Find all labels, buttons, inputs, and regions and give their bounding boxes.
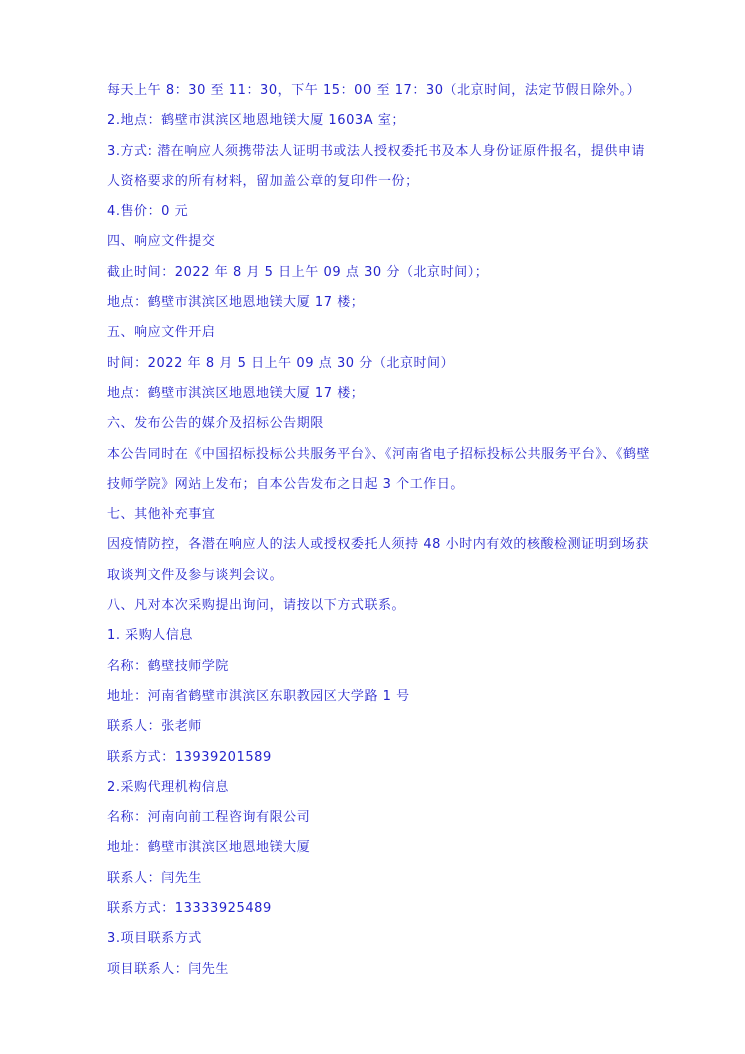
doc-section-heading: 六、发布公告的媒介及招标公告期限 — [107, 409, 652, 439]
doc-line: 人资格要求的所有材料，留加盖公章的复印件一份； — [107, 167, 652, 197]
doc-line: 项目联系人：闫先生 — [107, 955, 652, 985]
doc-section-heading: 五、响应文件开启 — [107, 318, 652, 348]
doc-line: 名称：鹤壁技师学院 — [107, 652, 652, 682]
doc-line: 技师学院》网站上发布；自本公告发布之日起 3 个工作日。 — [107, 470, 652, 500]
doc-line: 本公告同时在《中国招标投标公共服务平台》、《河南省电子招标投标公共服务平台》、《… — [107, 440, 652, 470]
doc-line: 联系人：闫先生 — [107, 864, 652, 894]
doc-section-heading: 八、凡对本次采购提出询问，请按以下方式联系。 — [107, 591, 652, 621]
doc-line: 地址：鹤壁市淇滨区地恩地镁大厦 — [107, 833, 652, 863]
doc-line: 每天上午 8：30 至 11：30，下午 15：00 至 17：30（北京时间，… — [107, 76, 652, 106]
doc-line: 2.采购代理机构信息 — [107, 773, 652, 803]
doc-line: 2.地点：鹤壁市淇滨区地恩地镁大厦 1603A 室； — [107, 106, 652, 136]
doc-line: 地点：鹤壁市淇滨区地恩地镁大厦 17 楼； — [107, 288, 652, 318]
doc-line: 截止时间：2022 年 8 月 5 日上午 09 点 30 分（北京时间）； — [107, 258, 652, 288]
doc-line: 联系方式：13333925489 — [107, 894, 652, 924]
doc-line: 联系人：张老师 — [107, 712, 652, 742]
doc-section-heading: 七、其他补充事宜 — [107, 500, 652, 530]
doc-line: 因疫情防控，各潜在响应人的法人或授权委托人须持 48 小时内有效的核酸检测证明到… — [107, 530, 652, 560]
doc-line: 地址：河南省鹤壁市淇滨区东职教园区大学路 1 号 — [107, 682, 652, 712]
doc-line: 4.售价：0 元 — [107, 197, 652, 227]
doc-line: 联系方式：13939201589 — [107, 743, 652, 773]
doc-line: 3.方式: 潜在响应人须携带法人证明书或法人授权委托书及本人身份证原件报名，提供… — [107, 137, 652, 167]
document-page: 每天上午 8：30 至 11：30，下午 15：00 至 17：30（北京时间，… — [0, 0, 745, 1054]
document-body: 每天上午 8：30 至 11：30，下午 15：00 至 17：30（北京时间，… — [107, 76, 652, 985]
doc-line: 3.项目联系方式 — [107, 924, 652, 954]
doc-line: 时间：2022 年 8 月 5 日上午 09 点 30 分（北京时间） — [107, 349, 652, 379]
doc-line: 名称：河南向前工程咨询有限公司 — [107, 803, 652, 833]
doc-section-heading: 四、响应文件提交 — [107, 227, 652, 257]
doc-line: 地点：鹤壁市淇滨区地恩地镁大厦 17 楼； — [107, 379, 652, 409]
doc-line: 取谈判文件及参与谈判会议。 — [107, 561, 652, 591]
doc-line: 1. 采购人信息 — [107, 621, 652, 651]
